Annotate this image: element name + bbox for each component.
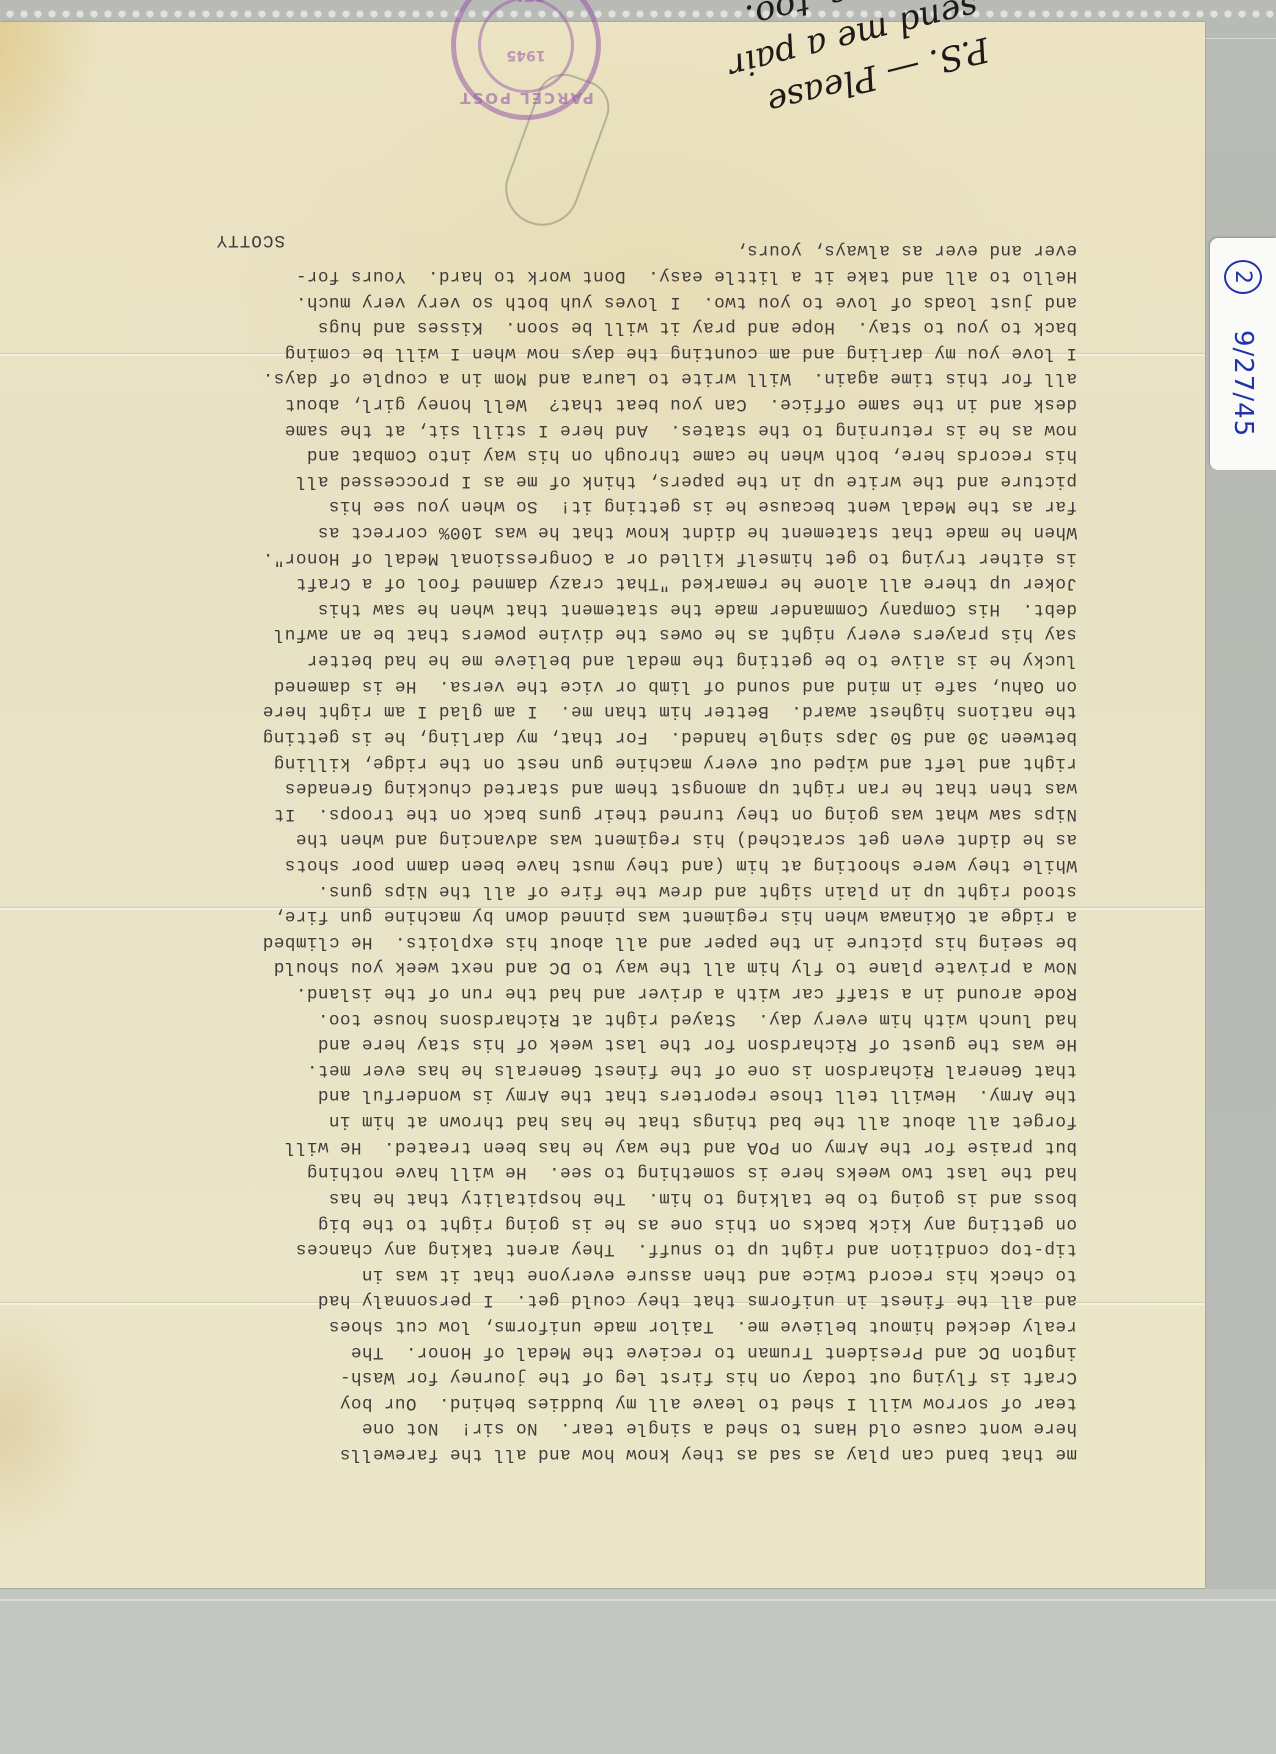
letter-line: right and left and wiped out every machi… bbox=[117, 749, 1077, 775]
letter-line: While they were shooting at him (and the… bbox=[117, 851, 1077, 877]
archive-date: 9/27/45 bbox=[1228, 330, 1258, 437]
letter-line: picture and the write up in the papers, … bbox=[117, 467, 1077, 493]
letter-line: had lunch with him every day. Stayed rig… bbox=[117, 1005, 1077, 1031]
letter-line: Rode around in a staff car with a driver… bbox=[117, 979, 1077, 1005]
letter-line: be seeing his picture in the paper and a… bbox=[117, 928, 1077, 954]
archive-tab: 2 9/27/45 bbox=[1210, 238, 1276, 470]
letter-line: a ridge at Okinawa when his regiment was… bbox=[117, 903, 1077, 929]
letter-line: on Oahu, safe in mind and sound of limb … bbox=[117, 672, 1077, 698]
letter-line: far as the Medal went because he is gett… bbox=[117, 493, 1077, 519]
letter-line: and just loads of love to you two. I lov… bbox=[117, 288, 1077, 314]
letter-line: back to you to stay. Hope and pray it wi… bbox=[117, 314, 1077, 340]
letter-line: forget all about all the bad things that… bbox=[117, 1107, 1077, 1133]
page-number-badge: 2 bbox=[1224, 260, 1262, 294]
letter-line: Now a private plane to fly him all the w… bbox=[117, 954, 1077, 980]
sleeve-edge-line bbox=[0, 1599, 1276, 1601]
letter-line: realy decked himout believe me. Tailor m… bbox=[117, 1312, 1077, 1338]
letter-line: boss and is going to be talking to him. … bbox=[117, 1184, 1077, 1210]
letter-line: debt. His Company Commander made the sta… bbox=[117, 595, 1077, 621]
letter-body: me that band can play as sad as they kno… bbox=[117, 237, 1077, 1466]
letter-line: Craft is flying out today on his first l… bbox=[117, 1364, 1077, 1390]
handwritten-note: P.S. — Please send me a pair of shoes, t… bbox=[416, 0, 993, 200]
letter-line: the nations highest award. Better him th… bbox=[117, 698, 1077, 724]
letter-line: was then that he ran right up amongst th… bbox=[117, 775, 1077, 801]
letter-line: Hello to all and take it a little easy. … bbox=[117, 262, 1077, 288]
letter-line: stood right up in plain sight and drew t… bbox=[117, 877, 1077, 903]
letter-line: lucky he is alive to be getting the meda… bbox=[117, 647, 1077, 673]
sleeve-margin bbox=[0, 1589, 1276, 1754]
letter-line: Nips saw what was going on they turned t… bbox=[117, 800, 1077, 826]
letter-line: tip-top condition and right up to snuff.… bbox=[117, 1236, 1077, 1262]
letter-line: that General Richardson is one of the fi… bbox=[117, 1056, 1077, 1082]
letter-line: tear of sorrow will I shed to leave all … bbox=[117, 1389, 1077, 1415]
letter-line: and all the finest in uniforms that they… bbox=[117, 1287, 1077, 1313]
letter-line: here wont cause old Hans to shed a singl… bbox=[117, 1415, 1077, 1441]
letter-line: Joker up there all alone he remarked "Th… bbox=[117, 570, 1077, 596]
letter-line: as he didnt even get scratched) his regi… bbox=[117, 826, 1077, 852]
letter-sheet: me that band can play as sad as they kno… bbox=[0, 22, 1205, 1588]
signature: SCOTTY bbox=[216, 230, 285, 250]
letter-line: to check his record twice and then assur… bbox=[117, 1261, 1077, 1287]
letter-line: me that band can play as sad as they kno… bbox=[117, 1440, 1077, 1466]
letter-line: on getting any kick backs on this one as… bbox=[117, 1210, 1077, 1236]
letter-line: ington DC and President Truman to reciev… bbox=[117, 1338, 1077, 1364]
letter-line: the Army. Hewill tell those reporters th… bbox=[117, 1082, 1077, 1108]
letter-line: is either trying to get himself killed o… bbox=[117, 544, 1077, 570]
letter-line: but praise for the Army on POA and the w… bbox=[117, 1133, 1077, 1159]
letter-line: had the last two weeks here is something… bbox=[117, 1159, 1077, 1185]
letter-line: now as he is returning to the states. An… bbox=[117, 416, 1077, 442]
letter-line: all for this time again. Will write to L… bbox=[117, 365, 1077, 391]
letter-line: When he made that statement he didnt kno… bbox=[117, 518, 1077, 544]
letter-line: his records here, both when he came thro… bbox=[117, 442, 1077, 468]
letter-line: between 30 and 50 Japs single handed. Fo… bbox=[117, 723, 1077, 749]
scanned-page: me that band can play as sad as they kno… bbox=[0, 0, 1276, 1754]
letter-line: say his prayers every night as he owes t… bbox=[117, 621, 1077, 647]
letter-line: He was the guest of Richardson for the l… bbox=[117, 1031, 1077, 1057]
letter-line: I love you my darling and am counting th… bbox=[117, 339, 1077, 365]
letter-line: desk and in the same office. Can you bea… bbox=[117, 390, 1077, 416]
